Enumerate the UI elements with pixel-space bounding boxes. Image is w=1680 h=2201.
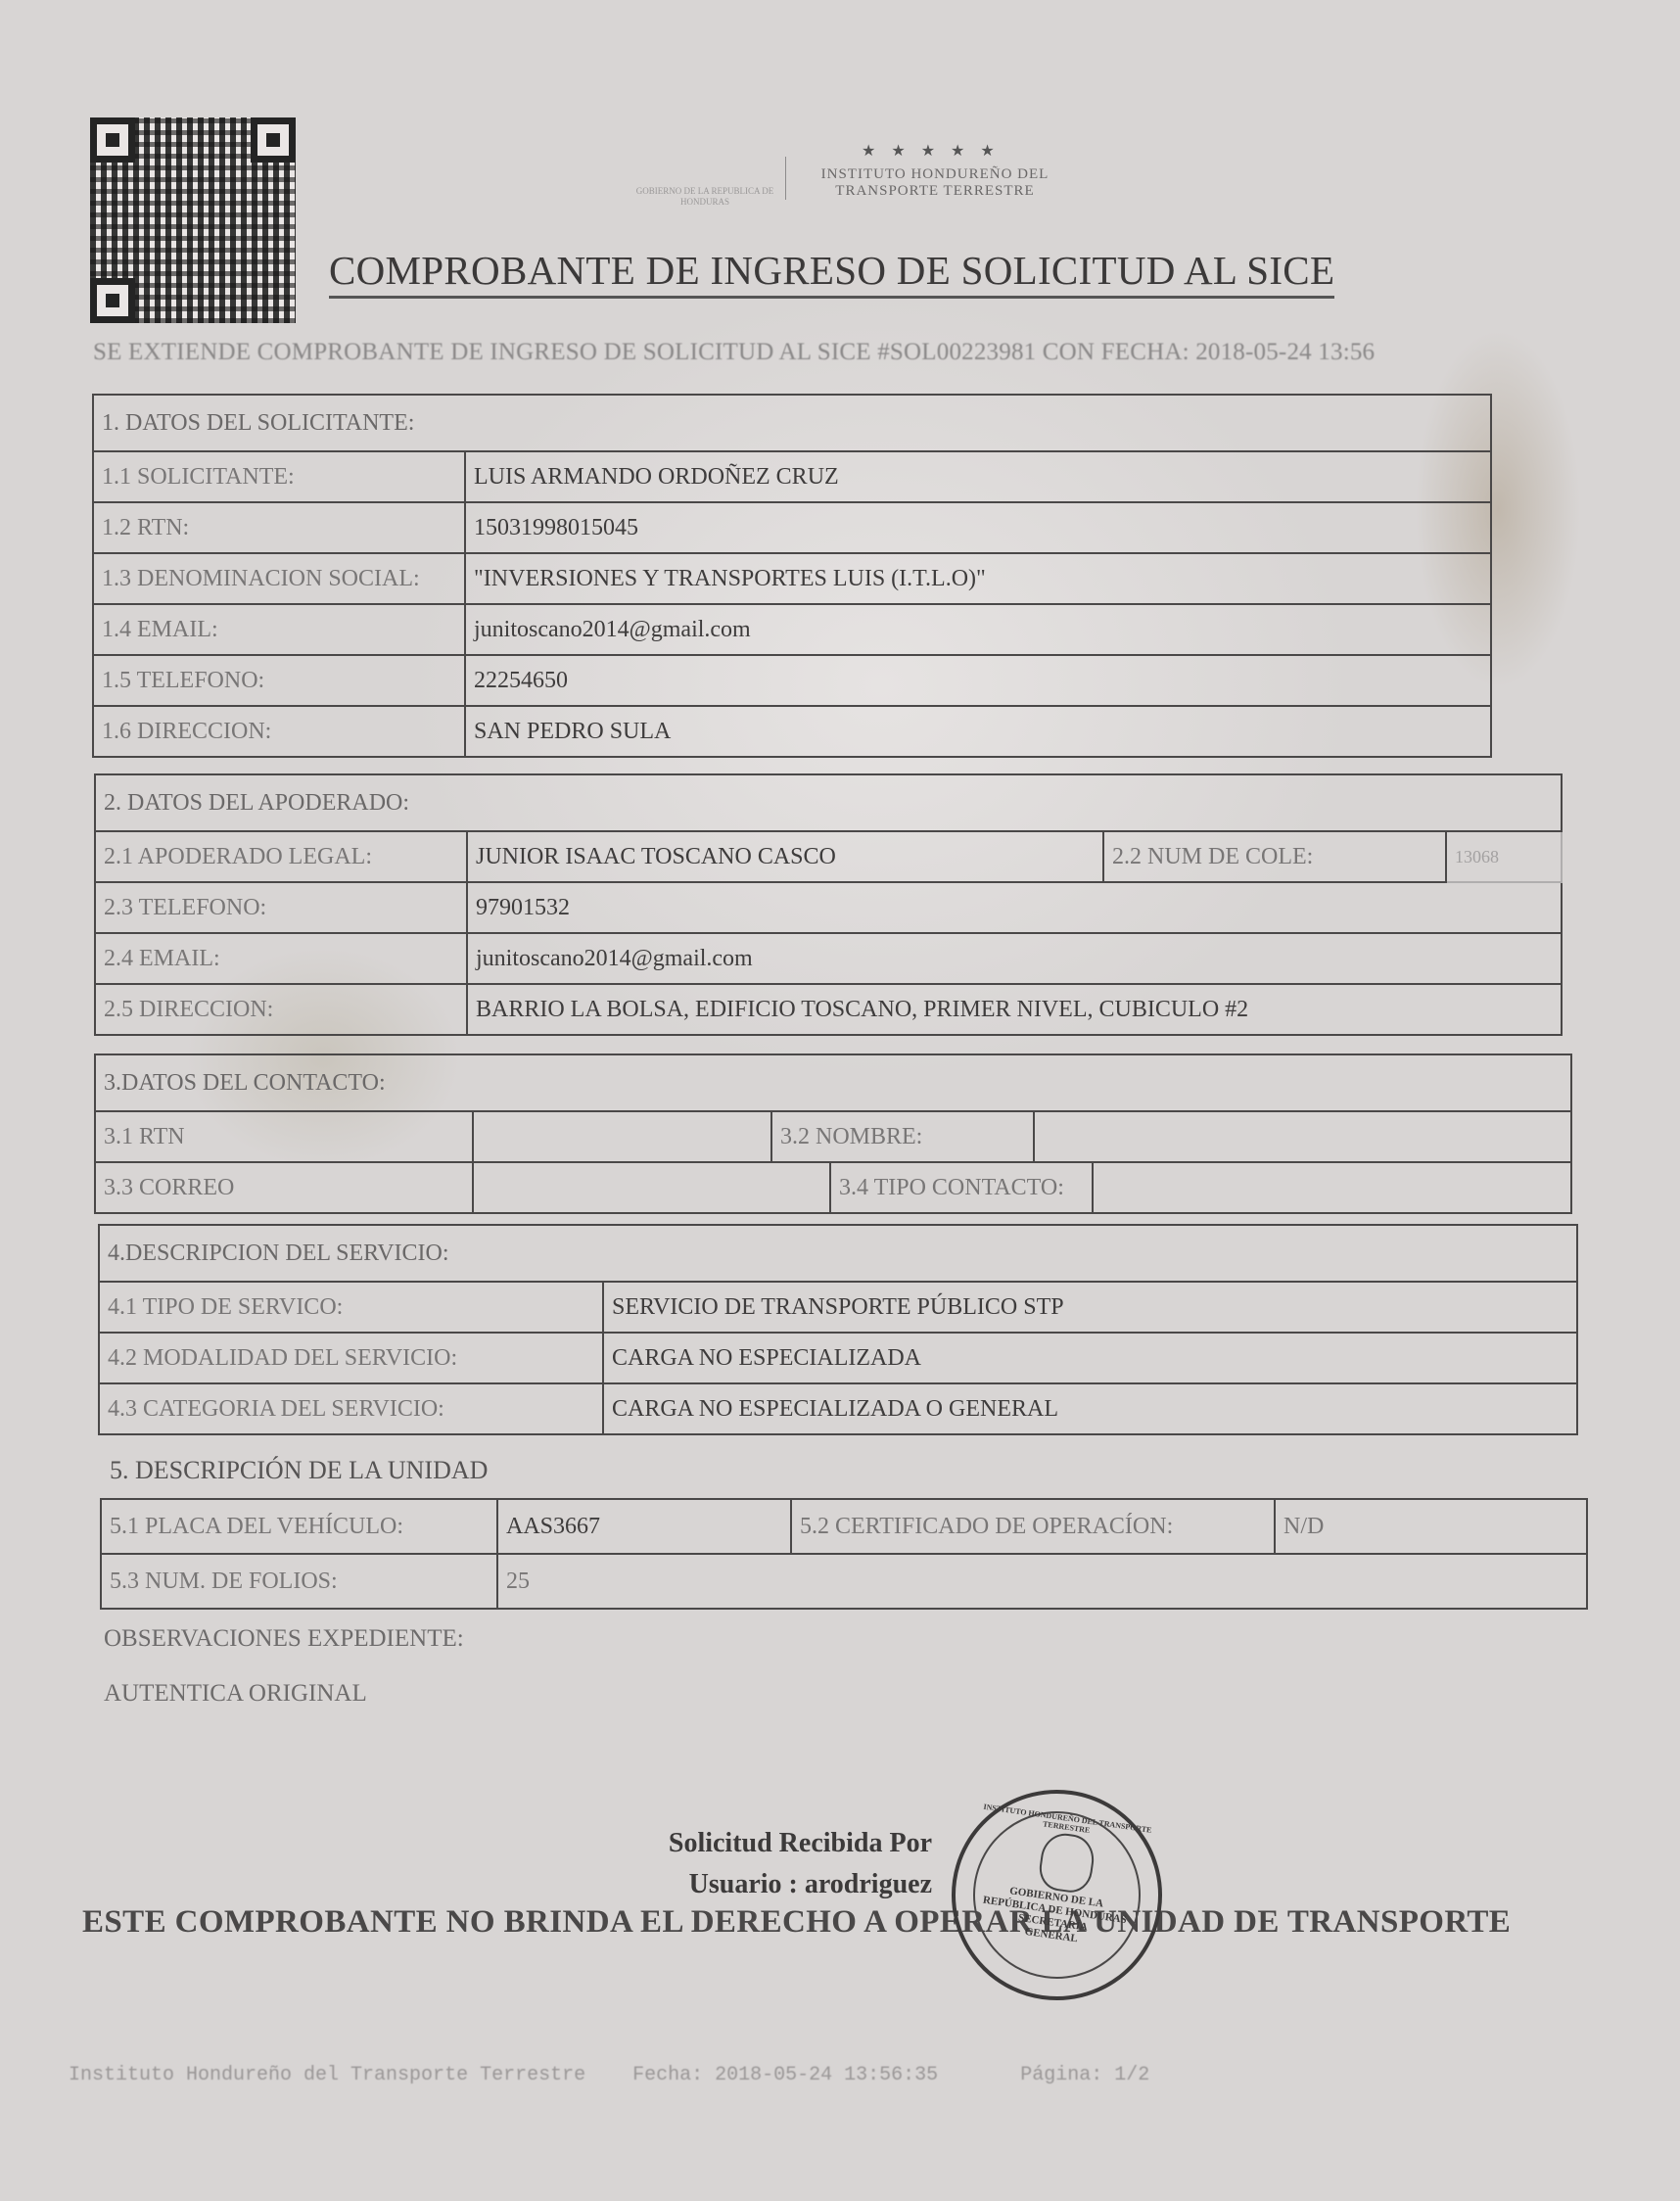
table-row: 1.4 EMAIL: junitoscano2014@gmail.com	[93, 604, 1491, 655]
table-row: 5.3 NUM. DE FOLIOS: 25	[101, 1554, 1587, 1609]
field-value-folios: 25	[497, 1554, 1587, 1609]
section-attorney-table: 2. DATOS DEL APODERADO: 2.1 APODERADO LE…	[94, 773, 1563, 1036]
section-2-title: 2. DATOS DEL APODERADO:	[95, 774, 1562, 831]
table-row: 4.2 MODALIDAD DEL SERVICIO: CARGA NO ESP…	[99, 1333, 1577, 1383]
seal-emblem-icon	[1037, 1831, 1097, 1896]
document-subtitle: SE EXTIENDE COMPROBANTE DE INGRESO DE SO…	[93, 339, 1562, 366]
page-footer: Instituto Hondureño del Transporte Terre…	[69, 2064, 1341, 2086]
field-value-applicant: LUIS ARMANDO ORDOÑEZ CRUZ	[465, 451, 1491, 502]
section-1-title: 1. DATOS DEL SOLICITANTE:	[93, 395, 1491, 451]
section-5-title: 5. DESCRIPCIÓN DE LA UNIDAD	[110, 1456, 488, 1485]
section-unit-table: 5.1 PLACA DEL VEHÍCULO: AAS3667 5.2 CERT…	[100, 1498, 1588, 1610]
field-value-service-category: CARGA NO ESPECIALIZADA O GENERAL	[603, 1383, 1577, 1434]
field-value-phone: 22254650	[465, 655, 1491, 706]
field-label: 1.5 TELEFONO:	[93, 655, 465, 706]
field-value-service-type: SERVICIO DE TRANSPORTE PÚBLICO STP	[603, 1282, 1577, 1333]
field-label: 1.3 DENOMINACION SOCIAL:	[93, 553, 465, 604]
section-service-table: 4.DESCRIPCION DEL SERVICIO: 4.1 TIPO DE …	[98, 1224, 1578, 1435]
field-label: 3.4 TIPO CONTACTO:	[830, 1162, 1093, 1213]
field-value-address: SAN PEDRO SULA	[465, 706, 1491, 757]
institute-name: INSTITUTO HONDUREÑO DEL TRANSPORTE TERRE…	[798, 166, 1072, 200]
institute-name-line1: INSTITUTO HONDUREÑO DEL	[798, 166, 1072, 183]
table-row: 1.3 DENOMINACION SOCIAL: "INVERSIONES Y …	[93, 553, 1491, 604]
field-value-plate: AAS3667	[497, 1499, 791, 1554]
section-applicant-table: 1. DATOS DEL SOLICITANTE: 1.1 SOLICITANT…	[92, 394, 1492, 758]
field-value-email: junitoscano2014@gmail.com	[465, 604, 1491, 655]
logo-divider	[785, 157, 786, 200]
observations-value: AUTENTICA ORIGINAL	[104, 1680, 367, 1708]
field-value-contact-name	[1034, 1111, 1571, 1162]
field-label: 1.1 SOLICITANTE:	[93, 451, 465, 502]
field-label: 4.2 MODALIDAD DEL SERVICIO:	[99, 1333, 603, 1383]
field-value-phone: 97901532	[467, 882, 1562, 933]
table-row: 2.3 TELEFONO: 97901532	[95, 882, 1562, 933]
disclaimer-text: ESTE COMPROBANTE NO BRINDA EL DERECHO A …	[82, 1904, 1570, 1941]
qr-finder-pattern	[90, 117, 135, 163]
field-label: 3.2 NOMBRE:	[771, 1111, 1034, 1162]
field-label: 2.3 TELEFONO:	[95, 882, 467, 933]
table-row: 1.6 DIRECCION: SAN PEDRO SULA	[93, 706, 1491, 757]
field-label: 2.1 APODERADO LEGAL:	[95, 831, 467, 882]
received-by-text: Solicitud Recibida Por	[627, 1823, 932, 1864]
document-title: COMPROBANTE DE INGRESO DE SOLICITUD AL S…	[329, 247, 1334, 299]
field-label: 1.4 EMAIL:	[93, 604, 465, 655]
field-label: 3.1 RTN	[95, 1111, 473, 1162]
qr-finder-pattern	[90, 278, 135, 323]
section-4-title: 4.DESCRIPCION DEL SERVICIO:	[99, 1225, 1577, 1282]
table-row: 3.3 CORREO 3.4 TIPO CONTACTO:	[95, 1162, 1571, 1213]
table-row: 1.2 RTN: 15031998015045	[93, 502, 1491, 553]
field-label: 2.2 NUM DE COLE:	[1103, 831, 1446, 882]
field-value-service-mode: CARGA NO ESPECIALIZADA	[603, 1333, 1577, 1383]
government-logo-text: GOBIERNO DE LA REPUBLICA DE HONDURAS	[627, 186, 783, 208]
footer-date: Fecha: 2018-05-24 13:56:35	[632, 2064, 938, 2086]
field-label: 2.5 DIRECCION:	[95, 984, 467, 1035]
field-label: 1.6 DIRECCION:	[93, 706, 465, 757]
table-row: 2.5 DIRECCION: BARRIO LA BOLSA, EDIFICIO…	[95, 984, 1562, 1035]
field-value-address: BARRIO LA BOLSA, EDIFICIO TOSCANO, PRIME…	[467, 984, 1562, 1035]
field-label: 2.4 EMAIL:	[95, 933, 467, 984]
institute-stars-icon: ★ ★ ★ ★ ★	[862, 141, 1001, 161]
field-value-certificate: N/D	[1275, 1499, 1587, 1554]
observations-label: OBSERVACIONES EXPEDIENTE:	[104, 1625, 464, 1653]
field-value-company: "INVERSIONES Y TRANSPORTES LUIS (I.T.L.O…	[465, 553, 1491, 604]
table-row: 3.1 RTN 3.2 NOMBRE:	[95, 1111, 1571, 1162]
table-row: 2.1 APODERADO LEGAL: JUNIOR ISAAC TOSCAN…	[95, 831, 1562, 882]
section-contact-table: 3.DATOS DEL CONTACTO: 3.1 RTN 3.2 NOMBRE…	[94, 1054, 1572, 1214]
field-label: 5.1 PLACA DEL VEHÍCULO:	[101, 1499, 497, 1554]
qr-finder-pattern	[251, 117, 296, 163]
field-label: 4.3 CATEGORIA DEL SERVICIO:	[99, 1383, 603, 1434]
reception-block: Solicitud Recibida Por Usuario : arodrig…	[627, 1823, 932, 1905]
field-value-contact-type	[1093, 1162, 1571, 1213]
field-value-attorney: JUNIOR ISAAC TOSCANO CASCO	[467, 831, 1103, 882]
table-row: 4.1 TIPO DE SERVICO: SERVICIO DE TRANSPO…	[99, 1282, 1577, 1333]
table-row: 2.4 EMAIL: junitoscano2014@gmail.com	[95, 933, 1562, 984]
field-label: 1.2 RTN:	[93, 502, 465, 553]
footer-page-number: Página: 1/2	[1020, 2064, 1149, 2086]
field-label: 5.3 NUM. DE FOLIOS:	[101, 1554, 497, 1609]
document-page: GOBIERNO DE LA REPUBLICA DE HONDURAS ★ ★…	[0, 0, 1680, 2201]
field-label: 5.2 CERTIFICADO DE OPERACÍON:	[791, 1499, 1275, 1554]
table-row: 1.1 SOLICITANTE: LUIS ARMANDO ORDOÑEZ CR…	[93, 451, 1491, 502]
field-value-contact-rtn	[473, 1111, 771, 1162]
section-3-title: 3.DATOS DEL CONTACTO:	[95, 1054, 1571, 1111]
field-value-college-number: 13068	[1446, 831, 1562, 882]
official-seal-icon: INSTITUTO HONDUREÑO DEL TRANSPORTE TERRE…	[938, 1776, 1176, 2014]
field-value-email: junitoscano2014@gmail.com	[467, 933, 1562, 984]
field-label: 3.3 CORREO	[95, 1162, 473, 1213]
received-user-text: Usuario : arodriguez	[627, 1864, 932, 1905]
field-value-rtn: 15031998015045	[465, 502, 1491, 553]
qr-code-icon	[90, 117, 296, 323]
institute-name-line2: TRANSPORTE TERRESTRE	[798, 183, 1072, 200]
table-row: 5.1 PLACA DEL VEHÍCULO: AAS3667 5.2 CERT…	[101, 1499, 1587, 1554]
field-label: 4.1 TIPO DE SERVICO:	[99, 1282, 603, 1333]
field-value-contact-email	[473, 1162, 830, 1213]
footer-institution: Instituto Hondureño del Transporte Terre…	[69, 2064, 585, 2086]
table-row: 4.3 CATEGORIA DEL SERVICIO: CARGA NO ESP…	[99, 1383, 1577, 1434]
table-row: 1.5 TELEFONO: 22254650	[93, 655, 1491, 706]
